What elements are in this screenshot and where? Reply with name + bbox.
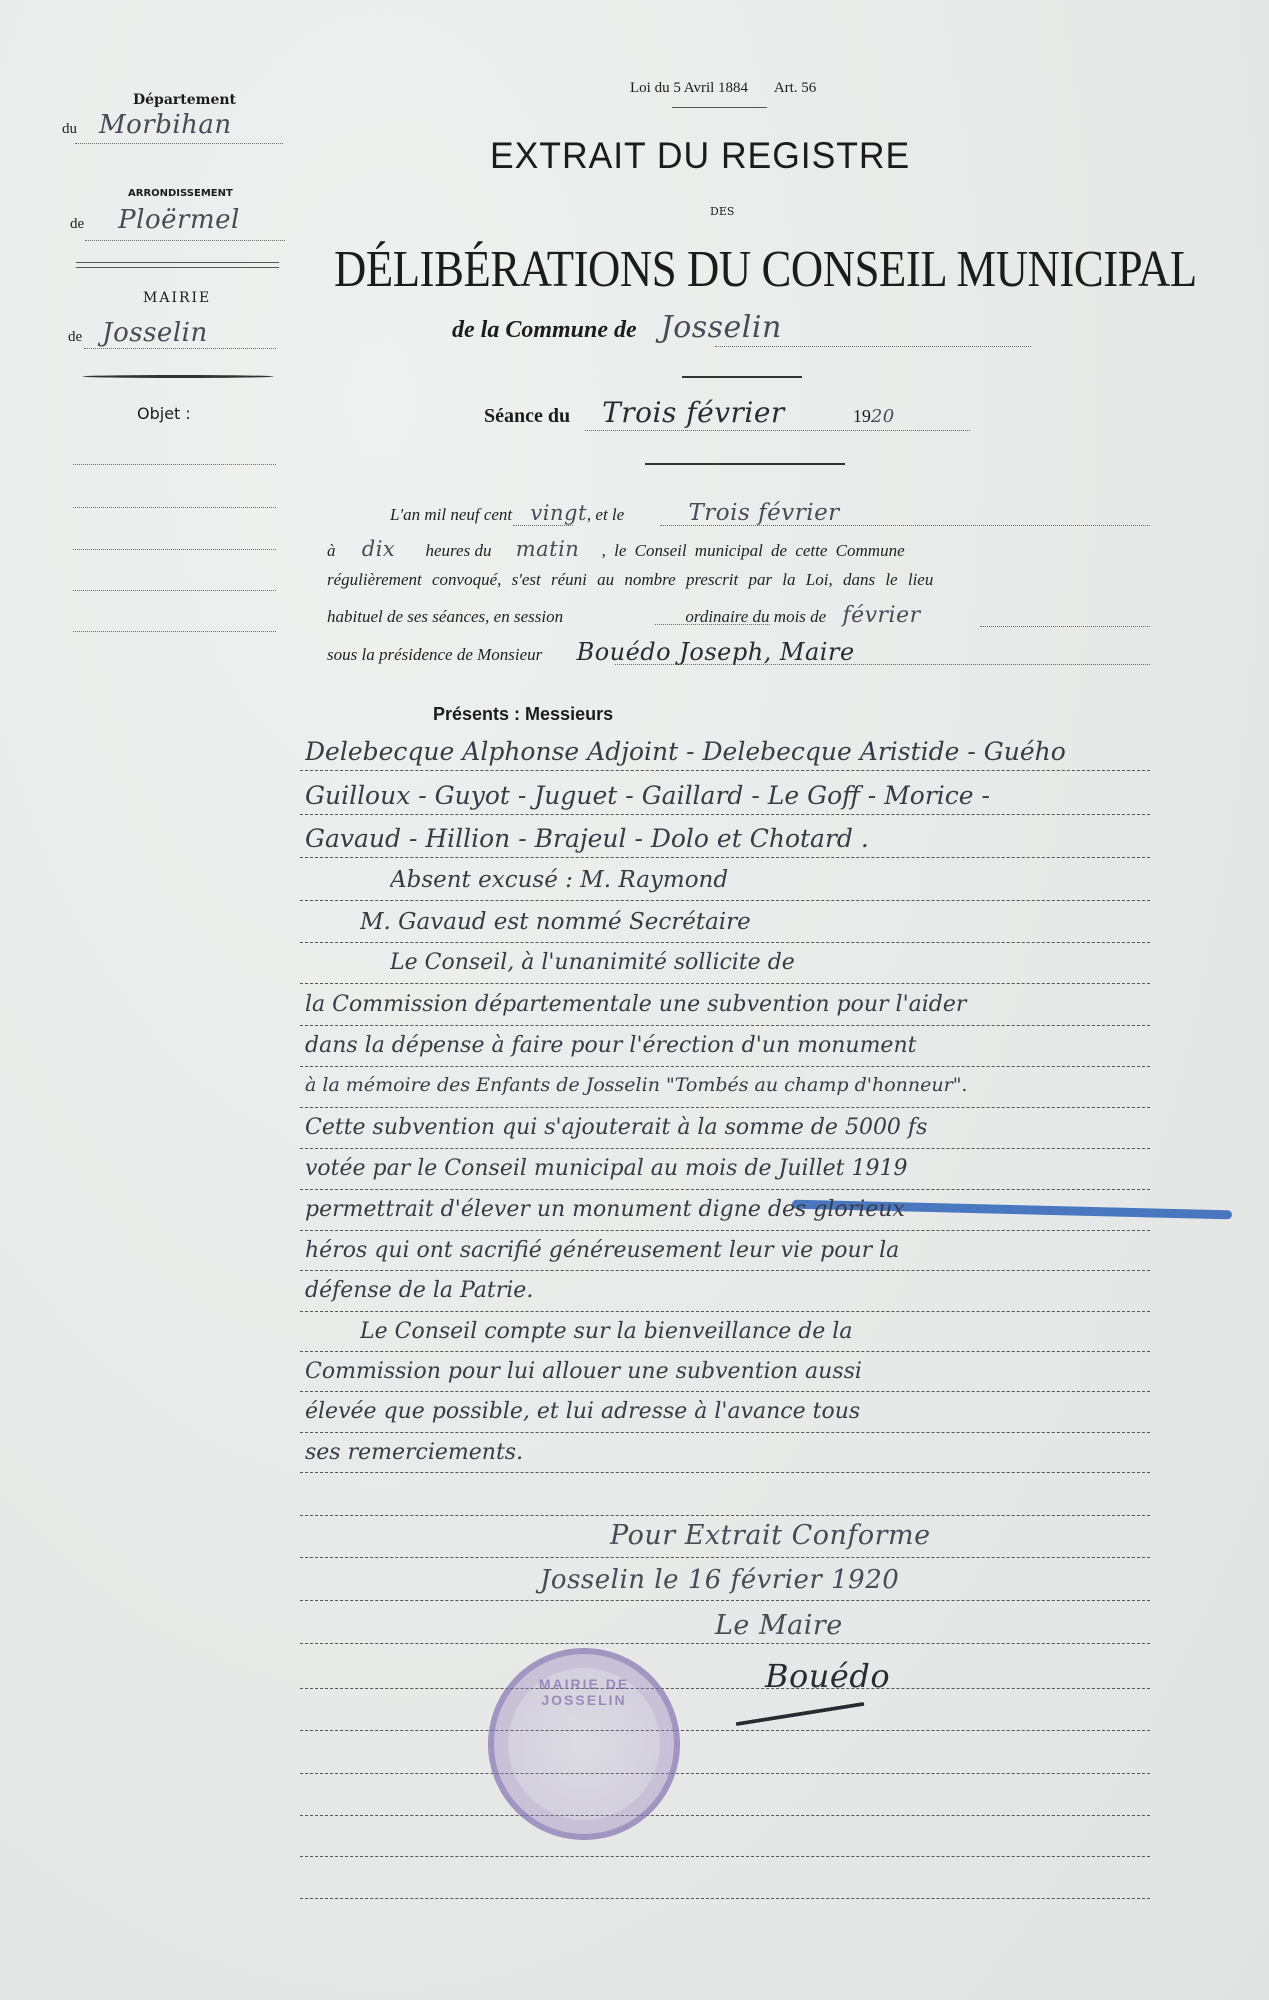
ruled-line [300, 814, 1150, 815]
title-extrait: EXTRAIT DU REGISTRE [490, 135, 910, 177]
seance-field: Séance du Trois février 1920 [484, 396, 895, 429]
objet-line [73, 549, 276, 550]
ruled-line [300, 1898, 1150, 1899]
ruled-line [300, 942, 1150, 943]
presents-line: Gavaud - Hillion - Brajeul - Dolo et Cho… [305, 824, 1165, 853]
closing-place-date: Josselin le 16 février 1920 [540, 1565, 899, 1595]
ruled-line [300, 1189, 1150, 1190]
commune-value: Josselin [661, 310, 782, 345]
law-underline [672, 107, 767, 108]
body-line: Le Conseil compte sur la bienveillance d… [360, 1319, 1220, 1344]
ruled-line [300, 1515, 1150, 1516]
ruled-line [300, 1815, 1150, 1816]
date-value: Trois février [688, 500, 839, 526]
mairie-label: MAIRIE [143, 290, 211, 306]
law-reference: Loi du 5 Avril 1884 Art. 56 [630, 80, 816, 97]
mairie-value: Josselin [102, 318, 208, 348]
absent-line: Absent excusé : M. Raymond [390, 867, 1250, 893]
field-underline [980, 626, 1150, 627]
ornament-divider [645, 463, 845, 465]
objet-line [73, 507, 276, 508]
seance-value: Trois février [602, 396, 785, 429]
ornament-divider [682, 376, 802, 378]
ruled-line [300, 1730, 1150, 1731]
seance-year-written: 20 [871, 406, 895, 427]
preamble-text: heures du [426, 541, 492, 560]
body-line: défense de la Patrie. [305, 1278, 1165, 1303]
preamble-line-3: régulièrement convoqué, s'est réuni au n… [327, 570, 933, 590]
preamble-text: L'an mil neuf cent [390, 505, 512, 524]
mairie-field: de Josselin [68, 318, 208, 348]
body-line: la Commission départementale une subvent… [305, 992, 1165, 1017]
departement-prefix: du [62, 121, 77, 137]
presents-line: Delebecque Alphonse Adjoint - Delebecque… [305, 737, 1165, 766]
ruled-line [300, 1025, 1150, 1026]
ruled-line [300, 1270, 1150, 1271]
arrondissement-underline [85, 240, 285, 241]
objet-label: Objet : [137, 404, 191, 423]
departement-underline [75, 143, 283, 144]
preamble-line-5: sous la présidence de Monsieur Bouédo Jo… [327, 638, 855, 666]
preamble-text: , le Conseil municipal de cette Commune [602, 541, 905, 560]
body-line: à la mémoire des Enfants de Josselin "To… [305, 1074, 1165, 1096]
ruled-line [300, 1688, 1150, 1689]
objet-line [73, 590, 276, 591]
ruled-line [300, 1391, 1150, 1392]
body-line: Le Conseil, à l'unanimité sollicite de [390, 950, 1250, 975]
ruled-line [300, 1557, 1150, 1558]
seance-label: Séance du [484, 405, 570, 427]
mayor-signature: Bouédo [765, 1657, 890, 1695]
year-value: vingt [530, 501, 587, 525]
ruled-line [300, 1230, 1150, 1231]
ruled-line [300, 1643, 1150, 1644]
presents-line: Guilloux - Guyot - Juguet - Gaillard - L… [305, 781, 1165, 810]
presents-label: Présents : Messieurs [433, 704, 613, 725]
ruled-line [300, 1856, 1150, 1857]
body-line: ses remerciements. [305, 1440, 1165, 1465]
commune-underline [715, 346, 1031, 347]
article-text: Art. 56 [774, 80, 817, 96]
title-des: DES [710, 205, 734, 218]
divider [76, 262, 279, 263]
preamble-text: habituel de ses séances, en session [327, 607, 563, 626]
mairie-prefix: de [68, 329, 82, 345]
preamble-line-2: à dix heures du matin , le Conseil munic… [327, 537, 905, 561]
mairie-underline [84, 348, 276, 349]
departement-label: Département [133, 92, 236, 108]
closing-maire: Le Maire [715, 1610, 843, 1641]
preamble-text: sous la présidence de Monsieur [327, 645, 542, 664]
arrondissement-value: Ploërmel [118, 205, 240, 235]
body-line: héros qui ont sacrifié généreusement leu… [305, 1238, 1165, 1263]
arrondissement-field: de Ploërmel [70, 205, 240, 235]
secretary-line: M. Gavaud est nommé Secrétaire [360, 909, 1220, 935]
preamble-text: à [327, 541, 336, 560]
body-line: dans la dépense à faire pour l'érection … [305, 1033, 1165, 1058]
ruled-line [300, 1472, 1150, 1473]
objet-line [73, 464, 276, 465]
stamp-text: MAIRIE DE JOSSELIN [494, 1676, 674, 1708]
preamble-line-1: L'an mil neuf cent vingt, et le Trois fé… [390, 500, 840, 526]
ruled-line [300, 1311, 1150, 1312]
ruled-line [300, 983, 1150, 984]
departement-field: du Morbihan [62, 110, 232, 140]
ruled-line [300, 1148, 1150, 1149]
divider [76, 267, 279, 268]
field-underline [655, 624, 770, 625]
body-line: votée par le Conseil municipal au mois d… [305, 1156, 1165, 1181]
field-underline [615, 664, 1150, 665]
seance-year-printed: 19 [853, 406, 871, 426]
body-line: élevée que possible, et lui adresse à l'… [305, 1399, 1165, 1424]
title-deliberations: DÉLIBÉRATIONS DU CONSEIL MUNICIPAL [334, 240, 1197, 299]
mairie-stamp: MAIRIE DE JOSSELIN [488, 1648, 680, 1840]
president-value: Bouédo Joseph, Maire [577, 638, 855, 666]
ruled-line [300, 1066, 1150, 1067]
ornament-divider [82, 375, 274, 378]
field-underline [513, 525, 573, 526]
preamble-text: , et le [587, 505, 624, 524]
ruled-line [300, 1600, 1150, 1601]
objet-line [73, 631, 276, 632]
ruled-line [300, 857, 1150, 858]
signature-flourish [735, 1702, 864, 1726]
preamble-line-4: habituel de ses séances, en session ordi… [327, 603, 921, 628]
law-text: Loi du 5 Avril 1884 [630, 80, 748, 96]
ruled-line [300, 900, 1150, 901]
ruled-line [300, 1107, 1150, 1108]
field-underline [660, 525, 1150, 526]
commune-field: de la Commune de Josselin [452, 310, 782, 345]
ruled-line [300, 1432, 1150, 1433]
departement-value: Morbihan [99, 110, 232, 140]
seance-underline [585, 430, 970, 431]
body-line: Commission pour lui allouer une subventi… [305, 1359, 1165, 1384]
period-value: matin [516, 537, 580, 561]
commune-label: de la Commune de [452, 317, 637, 343]
ruled-line [300, 770, 1150, 771]
body-line: Cette subvention qui s'ajouterait à la s… [305, 1115, 1165, 1140]
arrondissement-label: ARRONDISSEMENT [128, 188, 233, 199]
ruled-line [300, 1351, 1150, 1352]
hour-value: dix [362, 537, 396, 561]
arrondissement-prefix: de [70, 216, 84, 232]
ruled-line [300, 1773, 1150, 1774]
closing-extrait: Pour Extrait Conforme [610, 1520, 931, 1551]
body-line: permettrait d'élever un monument digne d… [305, 1197, 1165, 1222]
month-value: février [842, 603, 920, 628]
